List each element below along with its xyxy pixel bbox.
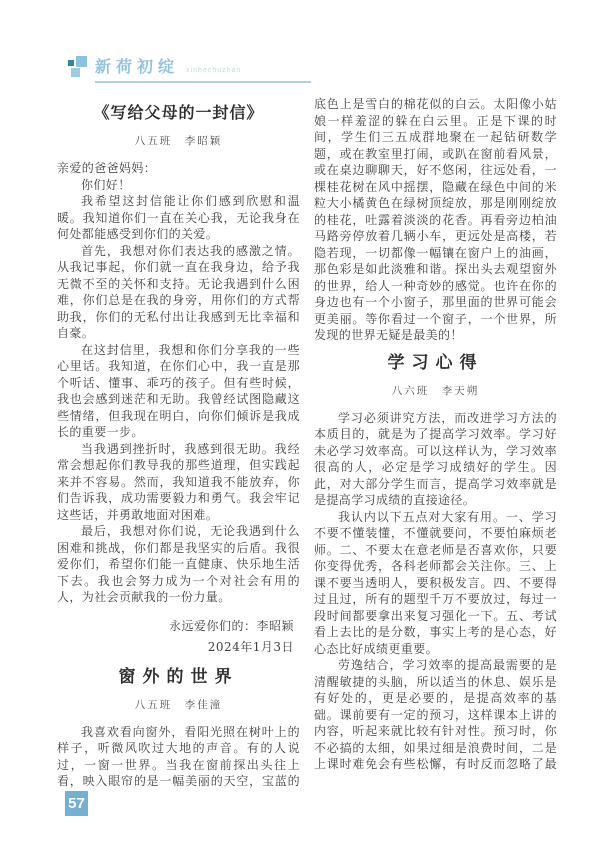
article-window-byline: 八五班 李佳潼 bbox=[57, 697, 300, 712]
paragraph: 首先，我想对你们表达我的感激之情。从我记事起，你们就一直在我身边，给予我无微不至… bbox=[57, 243, 300, 342]
logo-squares-icon bbox=[68, 56, 90, 78]
paragraph: 你们好！ bbox=[57, 177, 300, 194]
paragraph: 最后，我想对你们说，无论我遇到什么困难和挑战，你们都是我坚实的后盾。我很爱你们，… bbox=[57, 523, 300, 606]
page-number: 57 bbox=[65, 791, 88, 816]
article-study-byline: 八六班 李天朔 bbox=[314, 383, 557, 398]
article-window-title: 窗外的世界 bbox=[57, 662, 300, 687]
letter-date: 2024年1月3日 bbox=[57, 637, 300, 658]
paragraph: 亲爱的爸爸妈妈： bbox=[57, 160, 300, 177]
article-letter: 《写给父母的一封信》 八五班 李昭颖 亲爱的爸爸妈妈： 你们好！ 我希望这封信能… bbox=[57, 100, 300, 658]
logo-subtitle: xinhechuzhan bbox=[186, 67, 241, 74]
paragraph: 我认内以下五点对大家有用。一、学习不要不懂装懂，不懂就要问，不要怕麻烦老师。二、… bbox=[314, 509, 557, 658]
logo-title: 新荷初绽 bbox=[95, 59, 179, 76]
page-header: 新荷初绽 xinhechuzhan bbox=[68, 54, 311, 83]
logo: 新荷初绽 xinhechuzhan bbox=[95, 54, 311, 83]
article-letter-byline: 八五班 李昭颖 bbox=[57, 133, 300, 148]
paragraph: 学习必须讲究方法，而改进学习方法的本质目的，就是为了提高学习效率。学习好未必学习… bbox=[314, 410, 557, 509]
letter-signature-block: 永远爱你们的：李昭颖 2024年1月3日 bbox=[57, 616, 300, 658]
article-letter-title: 《写给父母的一封信》 bbox=[57, 100, 300, 123]
letter-signature: 永远爱你们的：李昭颖 bbox=[57, 616, 300, 637]
magazine-page: 新荷初绽 xinhechuzhan 《写给父母的一封信》 八五班 李昭颖 亲爱的… bbox=[0, 0, 600, 849]
paragraph: 当我遇到挫折时，我感到很无助。我经常会想起你们教导我的那些道理，但实践起来并不容… bbox=[57, 441, 300, 524]
paragraph: 我希望这封信能让你们感到欣慰和温暖。我知道你们一直在关心我，无论我身在何处都能感… bbox=[57, 193, 300, 243]
page-content: 《写给父母的一封信》 八五班 李昭颖 亲爱的爸爸妈妈： 你们好！ 我希望这封信能… bbox=[57, 96, 557, 794]
paragraph: 在这封信里，我想和你们分享我的一些心里话。我知道，在你们心中，我一直是那个听话、… bbox=[57, 342, 300, 441]
article-study-title: 学习心得 bbox=[314, 348, 557, 373]
